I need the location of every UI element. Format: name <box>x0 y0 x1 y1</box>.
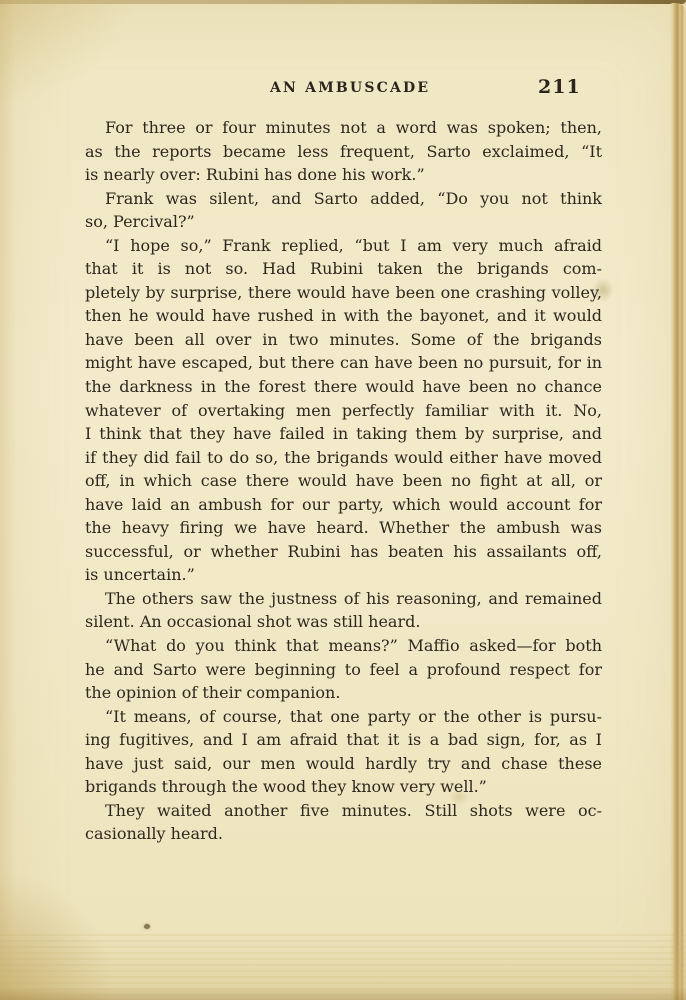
text-line: off, in which case there would have been… <box>85 469 602 493</box>
page-top-edge <box>0 0 686 4</box>
text-line: have been all over in two minutes. Some … <box>85 328 602 352</box>
text-line: the heavy firing we have heard. Whether … <box>85 516 602 540</box>
text-line: is uncertain.” <box>85 563 602 587</box>
page-number: 211 <box>538 76 580 98</box>
text-line: silent. An occasional shot was still hea… <box>85 610 602 634</box>
text-line: “It means, of course, that one party or … <box>85 705 602 729</box>
page-edge-band <box>670 3 686 1000</box>
text-line: brigands through the wood they know very… <box>85 775 602 799</box>
text-line: The others saw the justness of his reaso… <box>85 587 602 611</box>
text-line: Frank was silent, and Sarto added, “Do y… <box>85 187 602 211</box>
text-line: whatever of overtaking men perfectly fam… <box>85 399 602 423</box>
text-line: the opinion of their companion. <box>85 681 602 705</box>
text-line: the darkness in the forest there would h… <box>85 375 602 399</box>
paragraph: Frank was silent, and Sarto added, “Do y… <box>85 187 602 234</box>
text-line: have laid an ambush for our party, which… <box>85 493 602 517</box>
ink-speck <box>144 924 150 929</box>
running-head-title: AN AMBUSCADE <box>270 80 430 96</box>
text-line: “I hope so,” Frank replied, “but I am ve… <box>85 234 602 258</box>
text-line: so, Percival?” <box>85 210 602 234</box>
text-line: if they did fail to do so, the brigands … <box>85 446 602 470</box>
scanned-book-page: AN AMBUSCADE 211 For three or four minut… <box>0 0 686 1000</box>
paragraph: “What do you think that means?” Maffio a… <box>85 634 602 705</box>
paragraph: For three or four minutes not a word was… <box>85 116 602 187</box>
text-line: might have escaped, but there can have b… <box>85 351 602 375</box>
text-line: successful, or whether Rubini has beaten… <box>85 540 602 564</box>
paragraph: “It means, of course, that one party or … <box>85 705 602 799</box>
text-block: For three or four minutes not a word was… <box>85 116 602 846</box>
paragraph: “I hope so,” Frank replied, “but I am ve… <box>85 234 602 587</box>
text-line: then he would have rushed in with the ba… <box>85 304 602 328</box>
text-line: For three or four minutes not a word was… <box>85 116 602 140</box>
text-line: he and Sarto were beginning to feel a pr… <box>85 658 602 682</box>
text-line: ing fugitives, and I am afraid that it i… <box>85 728 602 752</box>
paragraph: The others saw the justness of his reaso… <box>85 587 602 634</box>
text-line: casionally heard. <box>85 822 602 846</box>
text-line: pletely by surprise, there would have be… <box>85 281 602 305</box>
page-bottom-edge <box>0 934 686 1000</box>
text-line: They waited another five minutes. Still … <box>85 799 602 823</box>
text-line: is nearly over: Rubini has done his work… <box>85 163 602 187</box>
text-line: that it is not so. Had Rubini taken the … <box>85 257 602 281</box>
text-line: I think that they have failed in taking … <box>85 422 602 446</box>
paragraph: They waited another five minutes. Still … <box>85 799 602 846</box>
text-line: as the reports became less frequent, Sar… <box>85 140 602 164</box>
text-line: have just said, our men would hardly try… <box>85 752 602 776</box>
text-line: “What do you think that means?” Maffio a… <box>85 634 602 658</box>
